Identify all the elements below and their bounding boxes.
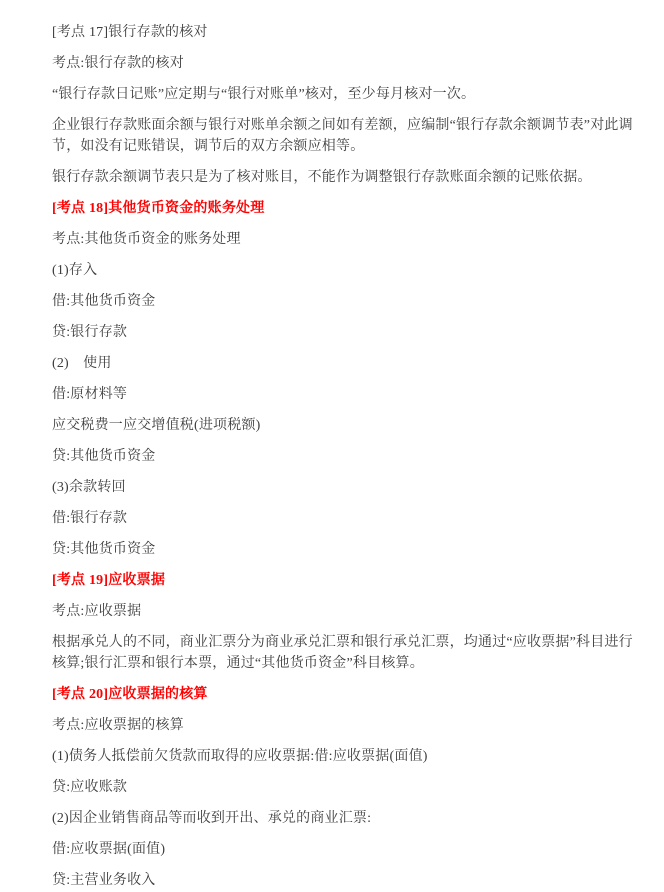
section-heading: [考点 20]应收票据的核算 [52, 684, 646, 705]
paragraph: (3)余款转回 [52, 477, 646, 498]
paragraph: 考点:应收票据 [52, 601, 646, 622]
paragraph: 考点:应收票据的核算 [52, 715, 646, 736]
paragraph: [考点 17]银行存款的核对 [52, 22, 646, 43]
paragraph: 考点:其他货币资金的账务处理 [52, 229, 646, 250]
paragraph: 贷:其他货币资金 [52, 446, 646, 467]
paragraph: 借:银行存款 [52, 508, 646, 529]
paragraph: 银行存款余额调节表只是为了核对账目，不能作为调整银行存款账面余额的记账依据。 [52, 167, 646, 188]
paragraph: 考点:银行存款的核对 [52, 53, 646, 74]
paragraph: 应交税费一应交增值税(进项税额) [52, 415, 646, 436]
paragraph: 企业银行存款账面余额与银行对账单余额之间如有差额，应编制“银行存款余额调节表”对… [52, 115, 646, 157]
paragraph: (1)存入 [52, 260, 646, 281]
paragraph: 根据承兑人的不同，商业汇票分为商业承兑汇票和银行承兑汇票，均通过“应收票据”科目… [52, 632, 646, 674]
paragraph: 借:应收票据(面值) [52, 839, 646, 860]
paragraph: 借:原材料等 [52, 384, 646, 405]
paragraph: 贷:其他货币资金 [52, 539, 646, 560]
paragraph: 贷:银行存款 [52, 322, 646, 343]
paragraph: (2) 使用 [52, 353, 646, 374]
document-page: [考点 17]银行存款的核对考点:银行存款的核对“银行存款日记账”应定期与“银行… [0, 0, 664, 892]
document-content: [考点 17]银行存款的核对考点:银行存款的核对“银行存款日记账”应定期与“银行… [52, 22, 646, 891]
paragraph: 借:其他货币资金 [52, 291, 646, 312]
section-heading: [考点 18]其他货币资金的账务处理 [52, 198, 646, 219]
paragraph: (2)因企业销售商品等而收到开出、承兑的商业汇票: [52, 808, 646, 829]
paragraph: 贷:主营业务收入 [52, 870, 646, 891]
section-heading: [考点 19]应收票据 [52, 570, 646, 591]
paragraph: (1)债务人抵偿前欠货款而取得的应收票据:借:应收票据(面值) [52, 746, 646, 767]
paragraph: “银行存款日记账”应定期与“银行对账单”核对，至少每月核对一次。 [52, 84, 646, 105]
paragraph: 贷:应收账款 [52, 777, 646, 798]
